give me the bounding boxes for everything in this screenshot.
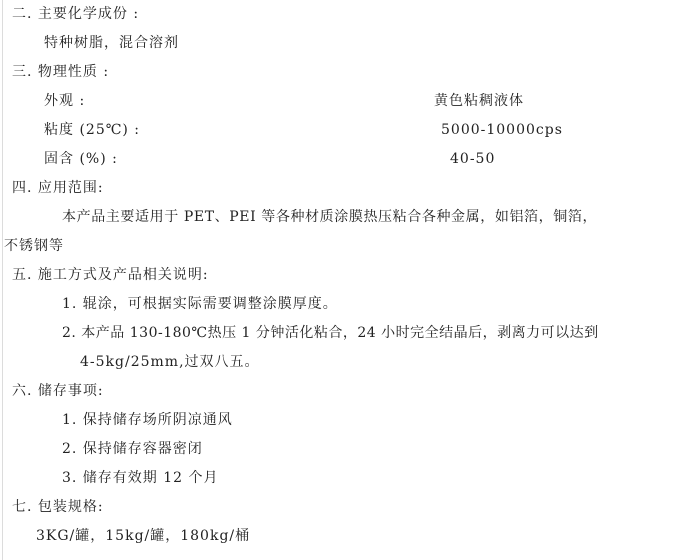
application-scope-text-line2: 不锈钢等: [4, 236, 64, 256]
property-label-viscosity: 粘度 (25℃) :: [44, 120, 140, 140]
section-heading-packaging: 七. 包装规格:: [12, 497, 104, 517]
property-value-appearance: 黄色粘稠液体: [434, 91, 524, 111]
property-label-solid-content: 固含 (%) :: [44, 149, 118, 169]
storage-item-2: 2. 保持储存容器密闭: [62, 439, 203, 459]
property-value-viscosity: 5000-10000cps: [441, 120, 563, 140]
packaging-specs-text: 3KG/罐，15kg/罐，180kg/桶: [36, 526, 250, 546]
section-heading-application-scope: 四. 应用范围:: [12, 178, 104, 198]
property-label-appearance: 外观 :: [44, 91, 85, 111]
section-heading-application-method: 五. 施工方式及产品相关说明:: [12, 265, 209, 285]
property-value-solid-content: 40-50: [450, 149, 495, 169]
section-heading-chemical-composition: 二. 主要化学成份 :: [12, 4, 139, 24]
left-border-rule: [2, 0, 3, 560]
storage-item-3: 3. 储存有效期 12 个月: [62, 468, 219, 488]
application-method-item-2: 2. 本产品 130-180℃热压 1 分钟活化粘合，24 小时完全结晶后，剥离…: [62, 323, 599, 343]
application-method-item-1: 1. 辊涂，可根据实际需要调整涂膜厚度。: [62, 294, 338, 314]
application-method-item-2-continued: 4-5kg/25mm,过双八五。: [80, 352, 260, 372]
application-scope-text-line1: 本产品主要适用于 PET、PEI 等各种材质涂膜热压粘合各种金属，如铝箔，铜箔，: [62, 207, 597, 227]
chemical-composition-text: 特种树脂，混合溶剂: [44, 33, 179, 53]
section-heading-storage: 六. 储存事项:: [12, 381, 104, 401]
storage-item-1: 1. 保持储存场所阴凉通风: [62, 410, 233, 430]
section-heading-physical-properties: 三. 物理性质 :: [12, 62, 109, 82]
